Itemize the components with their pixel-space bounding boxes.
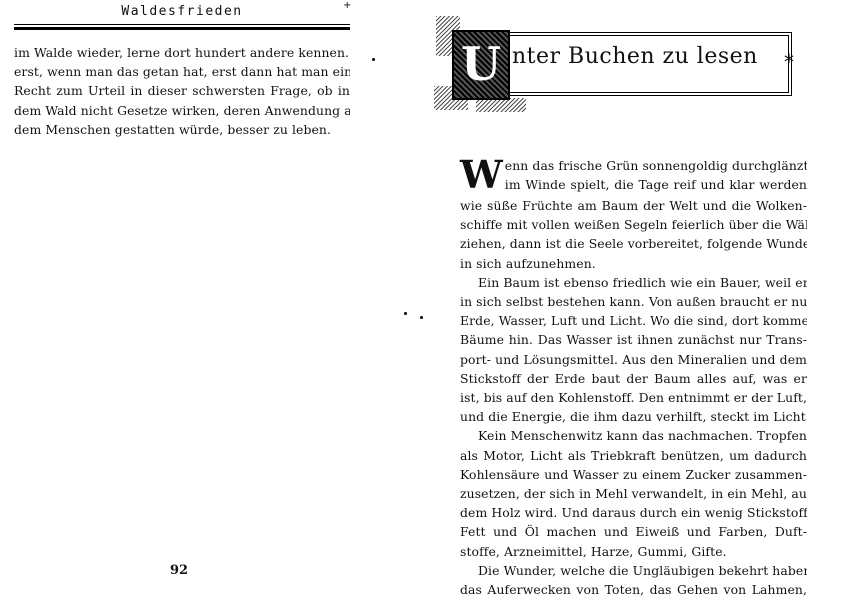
corner-mark: +	[343, 0, 351, 11]
text-line: erst, wenn man das getan hat, erst dann …	[14, 62, 350, 81]
text-line: zusetzen, der sich in Mehl verwandelt, i…	[460, 484, 807, 503]
text-line: Kohlensäure und Wasser zu einem Zucker z…	[460, 465, 807, 484]
text-line: in sich selbst bestehen kann. Von außen …	[460, 292, 807, 311]
star-icon: *	[784, 50, 794, 74]
left-body-text: im Walde wieder, lerne dort hundert ande…	[14, 43, 350, 139]
text-line: dem Holz wird. Und daraus durch ein weni…	[460, 503, 807, 522]
right-page: U nter Buchen zu lesen * W enn das frisc…	[420, 0, 841, 600]
text-line: stoffe, Arzneimittel, Harze, Gummi, Gift…	[460, 542, 807, 561]
text-line: wie süße Früchte am Baum der Welt und di…	[460, 196, 807, 215]
text-line: Fett und Öl machen und Eiweiß und Farben…	[460, 522, 807, 541]
text-line: das Auferwecken von Toten, das Gehen von…	[460, 580, 807, 599]
text-line: Kein Menschenwitz kann das nachmachen. T…	[460, 426, 807, 445]
text-line: schiffe mit vollen weißen Segeln feierli…	[460, 215, 807, 234]
text-line: enn das frische Grün sonnengoldig durchg…	[505, 156, 807, 175]
text-line: Erde, Wasser, Luft und Licht. Wo die sin…	[460, 311, 807, 330]
text-line: ist, bis auf den Kohlenstoff. Den entnim…	[460, 388, 807, 407]
text-line: Recht zum Urteil in dieser schwersten Fr…	[14, 81, 350, 100]
scan-speck	[420, 316, 423, 319]
left-page: Waldesfrieden + im Walde wieder, lerne d…	[0, 0, 420, 600]
text-line: in sich aufzunehmen.	[460, 254, 807, 273]
page-number: 92	[170, 563, 188, 578]
scan-speck	[404, 312, 407, 315]
scan-speck	[372, 58, 375, 61]
illuminated-initial: U	[452, 30, 510, 100]
running-head: Waldesfrieden	[14, 4, 350, 19]
right-body-text: W enn das frische Grün sonnengoldig durc…	[460, 156, 807, 599]
text-line: Die Wunder, welche die Ungläubigen bekeh…	[460, 561, 807, 580]
text-line: Ein Baum ist ebenso friedlich wie ein Ba…	[460, 273, 807, 292]
text-line: im Walde wieder, lerne dort hundert ande…	[14, 43, 350, 62]
text-line: dem Wald nicht Gesetze wirken, deren Anw…	[14, 101, 350, 120]
text-line: ziehen, dann ist die Seele vorbereitet, …	[460, 234, 807, 253]
text-line: im Winde spielt, die Tage reif und klar …	[505, 175, 807, 194]
text-line: dem Menschen gestatten würde, besser zu …	[14, 120, 350, 139]
text-line: und die Energie, die ihm dazu verhilft, …	[460, 407, 807, 426]
header-rule	[14, 24, 350, 30]
floral-ornament-icon	[476, 98, 526, 112]
text-line: port- und Lösungsmittel. Aus den Mineral…	[460, 350, 807, 369]
drop-cap: W	[460, 158, 503, 196]
text-line: als Motor, Licht als Triebkraft benützen…	[460, 446, 807, 465]
text-line: Stickstoff der Erde baut der Baum alles …	[460, 369, 807, 388]
text-line: Bäume hin. Das Wasser ist ihnen zunächst…	[460, 330, 807, 349]
chapter-title: nter Buchen zu lesen	[512, 44, 758, 69]
